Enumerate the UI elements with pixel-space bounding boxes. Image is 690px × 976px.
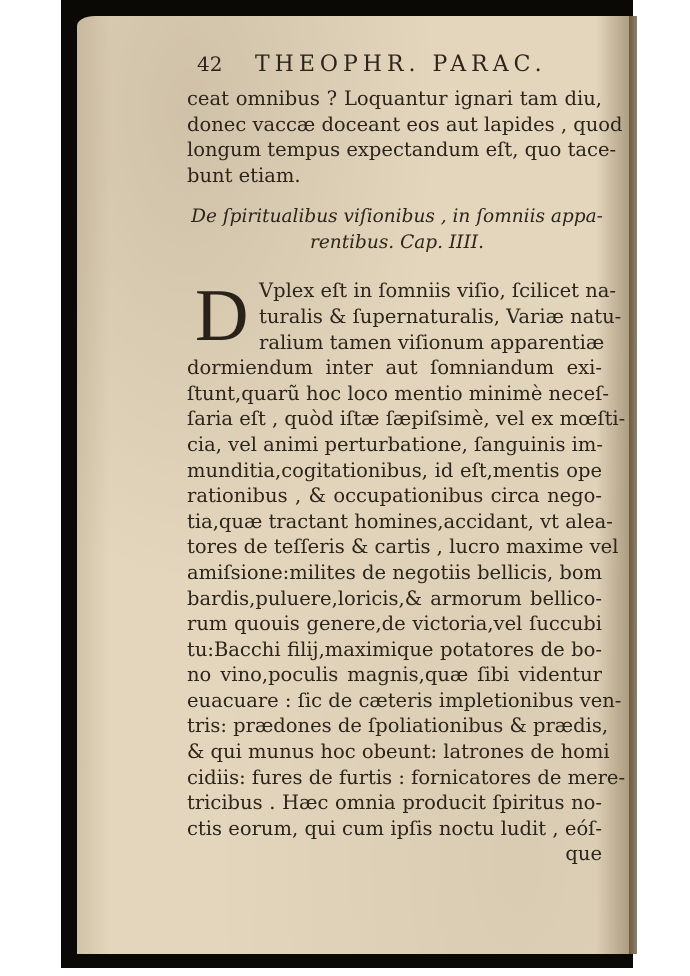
text-line: ceat omnibus ? Loquantur ignari tam diu, [187, 86, 602, 112]
book-page: 42 THEOPHR. PARAC. ceat omnibus ? Loquan… [77, 16, 629, 954]
text-line: bunt etiam. [187, 163, 602, 189]
text-line: tris: prædones de ſpoliationibus & prædi… [187, 713, 602, 739]
drop-cap: D [195, 280, 248, 352]
text-line: ralium tamen viſionum apparentiæ [187, 330, 602, 356]
text-line: donec vaccæ doceant eos aut lapides , qu… [187, 112, 602, 138]
text-line: munditia,cogitationibus, id eſt,mentis o… [187, 458, 602, 484]
page-number: 42 [187, 52, 255, 76]
scan-frame: 42 THEOPHR. PARAC. ceat omnibus ? Loquan… [61, 0, 633, 968]
chapter-paragraph: D Vplex eſt in ſomniis viſio, ſcilicet n… [187, 278, 617, 866]
text-line: ſtunt,quarũ hoc loco mentio minimè neceſ… [187, 381, 602, 407]
text-line: Vplex eſt in ſomniis viſio, ſcilicet na- [187, 278, 602, 304]
text-line: cidiis: fures de furtis : fornicatores d… [187, 765, 602, 791]
text-line: euacuare : ſic de cæteris impletionibus … [187, 688, 602, 714]
running-head: 42 THEOPHR. PARAC. [187, 52, 617, 86]
text-line: tia,quæ tractant homines,accidant, vt al… [187, 509, 602, 535]
text-line: amiſsione:milites de negotiis bellicis, … [187, 560, 602, 586]
text-line: rum quouis genere,de victoria,vel ſuccub… [187, 611, 602, 637]
chapter-heading-line: De ſpiritualibus viſionibus , in ſomniis… [187, 204, 607, 230]
catchword: que [187, 841, 602, 866]
chapter-heading: De ſpiritualibus viſionibus , in ſomniis… [187, 204, 607, 256]
text-line: dormiendum inter aut ſomniandum exi- [187, 355, 602, 381]
chapter-heading-line: rentibus. Cap. IIII. [187, 230, 607, 256]
text-line: turalis & ſupernaturalis, Variæ natu- [187, 304, 602, 330]
text-line: longum tempus expectandum eſt, quo tace- [187, 137, 602, 163]
running-head-title: THEOPHR. PARAC. [255, 52, 547, 77]
text-line: ſaria eſt , quòd iſtæ ſæpiſsimè, vel ex … [187, 406, 602, 432]
text-line: tricibus . Hæc omnia producit ſpiritus n… [187, 790, 602, 816]
text-line: & qui munus hoc obeunt: latrones de homi [187, 739, 602, 765]
text-line: no vino,poculis magnis,quæ ſibi videntur [187, 662, 602, 688]
text-line: rationibus , & occupationibus circa nego… [187, 483, 602, 509]
text-line: tu:Bacchi filij,maximique potatores de b… [187, 637, 602, 663]
text-line: cia, vel animi perturbatione, ſanguinis … [187, 432, 602, 458]
text-line: tores de teſſeris & cartis , lucro maxim… [187, 534, 602, 560]
text-block: 42 THEOPHR. PARAC. ceat omnibus ? Loquan… [187, 52, 617, 866]
text-line: bardis,puluere,loricis,& armorum bellico… [187, 586, 602, 612]
continuation-paragraph: ceat omnibus ? Loquantur ignari tam diu,… [187, 86, 617, 188]
text-line: ctis eorum, qui cum ipſis noctu ludit , … [187, 816, 602, 842]
page-spine-edge [629, 16, 637, 954]
